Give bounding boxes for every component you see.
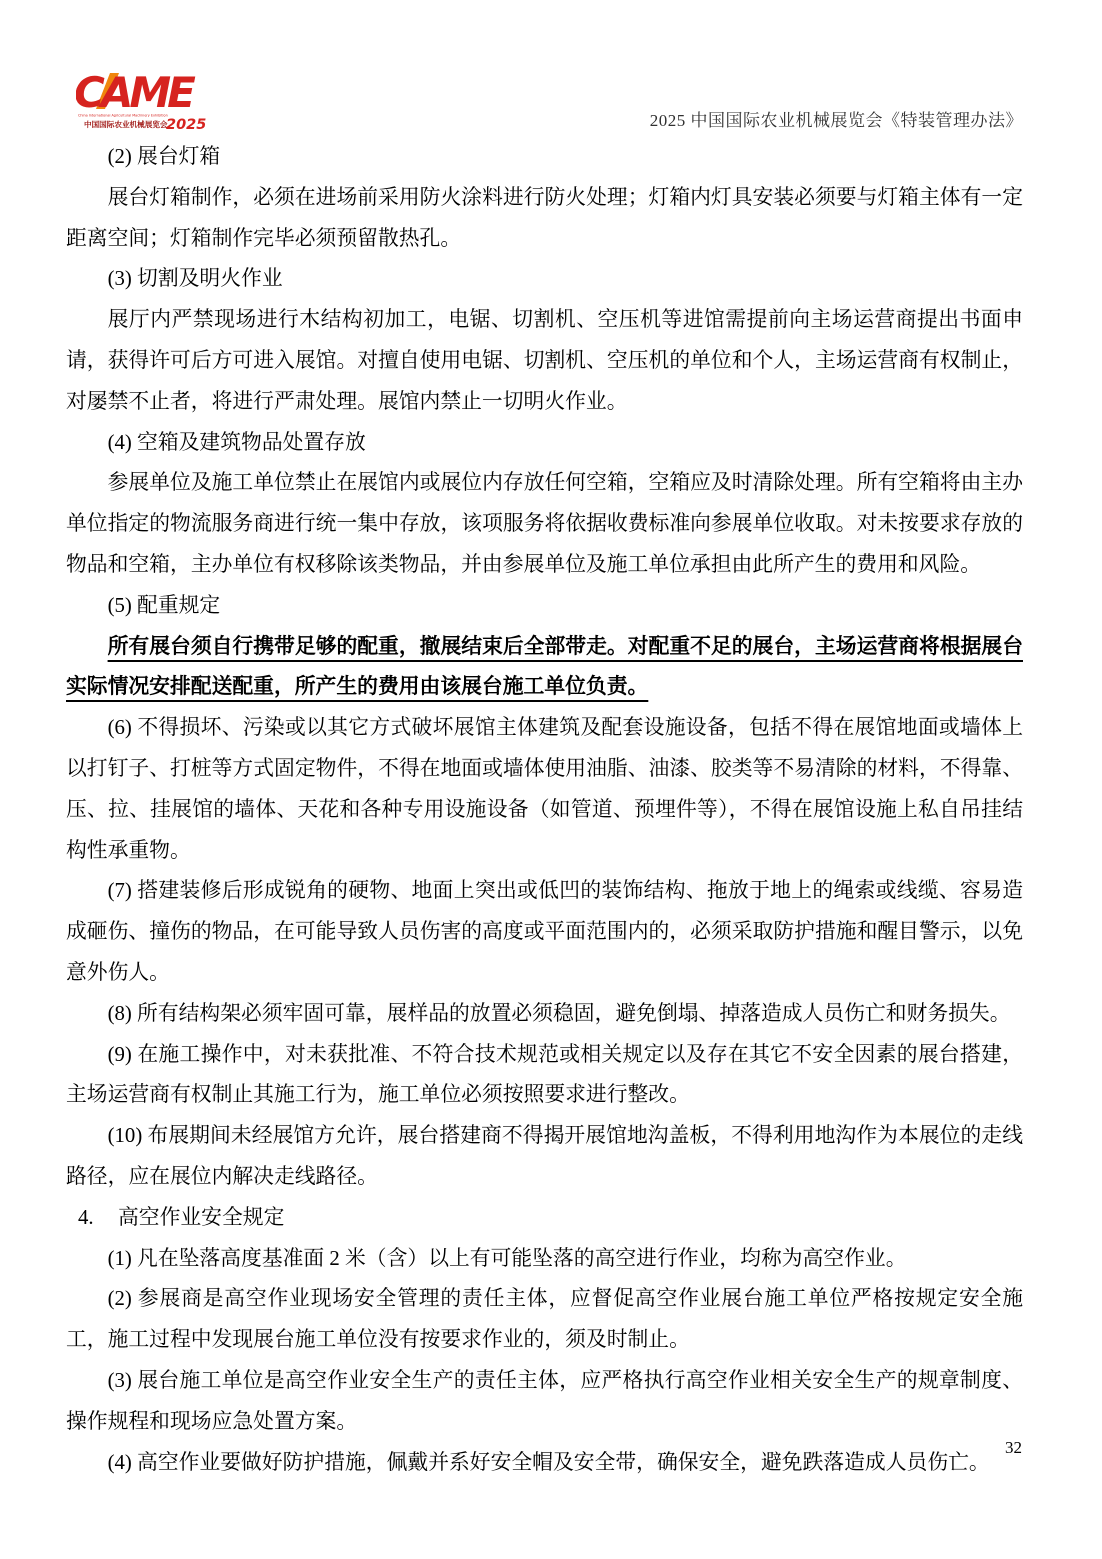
page-number: 32: [1005, 1438, 1022, 1458]
logo-year: 2025: [166, 117, 206, 133]
paragraph: (10) 布展期间未经展馆方允许，展台搭建商不得揭开展馆地沟盖板，不得利用地沟作…: [66, 1116, 1023, 1198]
paragraph: 展台灯箱制作，必须在进场前采用防火涂料进行防火处理；灯箱内灯具安装必须要与灯箱主…: [66, 178, 1023, 260]
came-logo-mark: CAME China International Agricultural Ma…: [76, 70, 206, 136]
paragraph: 所有展台须自行携带足够的配重，撤展结束后全部带走。对配重不足的展台，主场运营商将…: [66, 627, 1023, 709]
paragraph: (4) 高空作业要做好防护措施，佩戴并系好安全帽及安全带，确保安全，避免跌落造成…: [66, 1443, 1023, 1484]
paragraph: (4) 空箱及建筑物品处置存放: [66, 423, 1023, 464]
paragraph: (5) 配重规定: [66, 586, 1023, 627]
logo-acronym: CAME: [76, 70, 196, 117]
paragraph: (1) 凡在坠落高度基准面 2 米（含）以上有可能坠落的高空进行作业，均称为高空…: [66, 1239, 1023, 1280]
document-body: (2) 展台灯箱展台灯箱制作，必须在进场前采用防火涂料进行防火处理；灯箱内灯具安…: [66, 137, 1023, 1483]
page: CAME China International Agricultural Ma…: [0, 0, 1102, 1559]
paragraph: (2) 展台灯箱: [66, 137, 1023, 178]
paragraph: 参展单位及施工单位禁止在展馆内或展位内存放任何空箱，空箱应及时清除处理。所有空箱…: [66, 463, 1023, 585]
paragraph: (2) 参展商是高空作业现场安全管理的责任主体，应督促高空作业展台施工单位严格按…: [66, 1279, 1023, 1361]
section-number: 4.: [78, 1198, 118, 1239]
section-title: 高空作业安全规定: [118, 1206, 284, 1229]
paragraph: (3) 展台施工单位是高空作业安全生产的责任主体，应严格执行高空作业相关安全生产…: [66, 1361, 1023, 1443]
paragraph: (6) 不得损坏、污染或以其它方式破坏展馆主体建筑及配套设施设备，包括不得在展馆…: [66, 708, 1023, 871]
paragraph: 展厅内严禁现场进行木结构初加工，电锯、切割机、空压机等进馆需提前向主场运营商提出…: [66, 300, 1023, 422]
paragraph: (7) 搭建装修后形成锐角的硬物、地面上突出或低凹的装饰结构、拖放于地上的绳索或…: [66, 871, 1023, 993]
paragraph: (3) 切割及明火作业: [66, 259, 1023, 300]
header-title: 2025 中国国际农业机械展览会《特装管理办法》: [650, 106, 1023, 131]
logo-subtitle-en: China International Agricultural Machine…: [78, 114, 168, 118]
paragraph: (9) 在施工操作中，对未获批准、不符合技术规范或相关规定以及存在其它不安全因素…: [66, 1035, 1023, 1117]
logo-subtitle-cn: 中国国际农业机械展览会: [84, 119, 168, 129]
paragraph: (8) 所有结构架必须牢固可靠，展样品的放置必须稳固，避免倒塌、掉落造成人员伤亡…: [66, 994, 1023, 1035]
section-heading: 4.高空作业安全规定: [66, 1198, 1023, 1239]
came-logo: CAME China International Agricultural Ma…: [76, 70, 206, 136]
